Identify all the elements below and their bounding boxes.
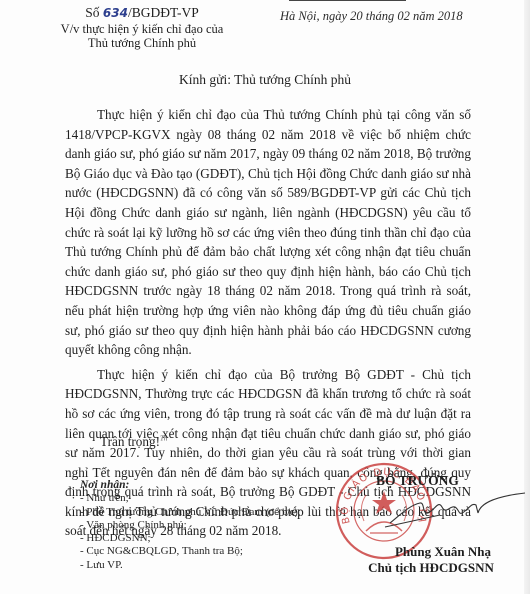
recipient-item: - Như trên; <box>80 492 301 505</box>
signer-role: Chủ tịch HĐCDGSNN <box>344 560 518 576</box>
recipient-item: - Cục NG&CBQLGD, Thanh tra Bộ; <box>80 545 301 558</box>
recipients-block: Nơi nhận: - Như trên; - Phó Thủ tướng Ch… <box>80 479 301 572</box>
recipient-item: - HĐCDGSNN; <box>80 532 301 545</box>
recipient-item-text: - Phó Thủ tướng Chính phủ Vũ Đức Đam <box>80 506 263 518</box>
closing-text: Trân trọng! <box>100 434 160 449</box>
recipient-item-note: (để b/c); <box>266 507 301 518</box>
signer-name: Phùng Xuân Nhạ <box>368 544 518 560</box>
document-number: Số 634/BGDĐT-VP <box>52 5 232 21</box>
subject-line-2: Thủ tướng Chính phủ <box>52 36 232 50</box>
recipient-item: - Văn phòng Chính phủ; <box>80 519 301 532</box>
salutation: Kính gửi: Thủ tướng Chính phủ <box>0 72 530 88</box>
number-suffix: /BGDĐT-VP <box>128 5 199 20</box>
number-prefix: Số <box>85 5 99 20</box>
recipient-item: - Lưu VP. <box>80 559 301 572</box>
place-date: Hà Nội, ngày 20 tháng 02 năm 2018 <box>280 9 463 24</box>
header-rule <box>289 0 406 1</box>
signature-block: BỘ GIÁO DỤC ĐÀO TẠO BỘ TRƯỞNG Phùng Xuân… <box>330 455 530 585</box>
body-paragraph-1: Thực hiện ý kiến chỉ đạo của Thủ tướng C… <box>65 105 471 360</box>
recipients-title: Nơi nhận: <box>80 479 301 492</box>
recipient-item: - Phó Thủ tướng Chính phủ Vũ Đức Đam (để… <box>80 506 301 519</box>
document-header-left: Số 634/BGDĐT-VP V/v thực hiện ý kiến chỉ… <box>52 5 232 50</box>
closing: Trân trọng!Th <box>100 434 167 450</box>
closing-initials: Th <box>160 435 167 443</box>
document-page: Số 634/BGDĐT-VP V/v thực hiện ý kiến chỉ… <box>0 0 530 594</box>
subject-line-1: V/v thực hiện ý kiến chỉ đạo của <box>52 22 232 36</box>
number-handwritten: 634 <box>103 6 128 20</box>
handwritten-signature-icon <box>380 485 530 535</box>
